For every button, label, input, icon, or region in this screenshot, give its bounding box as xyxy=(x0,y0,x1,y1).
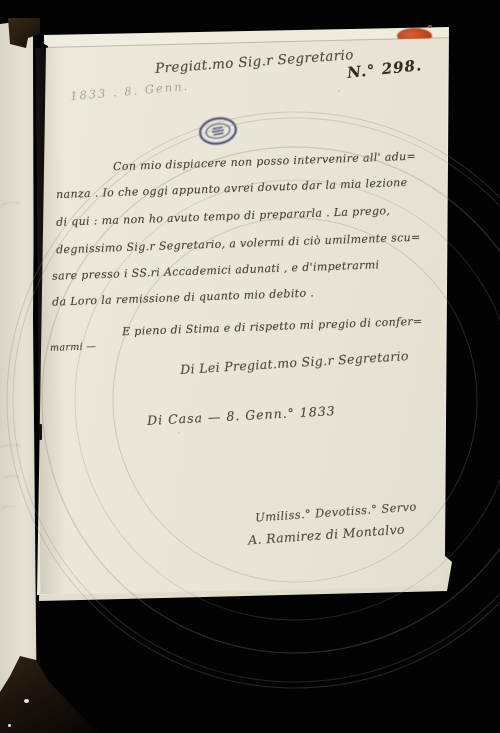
gutter-shadow xyxy=(36,48,67,594)
manuscript-scan: Pregiat.mo Sig.r Segretario N.° 298. 183… xyxy=(0,0,500,733)
page-edge-notch xyxy=(41,95,43,104)
foxing-spot xyxy=(178,432,180,434)
page-edge-notch xyxy=(39,424,42,440)
foxing-spot xyxy=(338,90,340,92)
oval-stamp-icon xyxy=(194,111,241,152)
foxing-spot xyxy=(301,157,304,160)
letter-line: marmi — xyxy=(50,341,97,354)
seal-speck xyxy=(428,25,432,28)
